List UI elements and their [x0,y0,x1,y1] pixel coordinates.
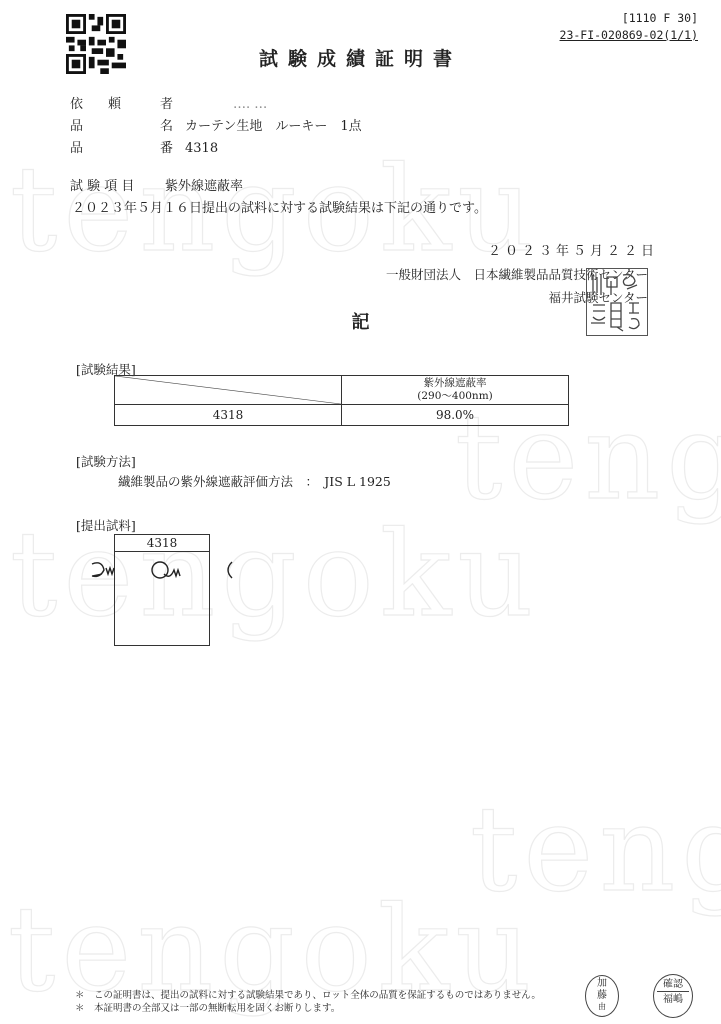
staff-stamp: 加藤由 [585,975,619,1017]
page-title: 試験成績証明書 [0,44,721,71]
requester-value: …. … [233,97,267,112]
form-code: [1110 F 30] [560,10,698,27]
field-requester: 依頼者…. … [70,94,362,116]
column-header-uv: 紫外線遮蔽率 (290～400nm) [342,376,569,405]
test-item-value: 紫外線遮蔽率 [165,179,243,194]
test-item-label: 試 験 項 目 [70,176,165,198]
sample-section-title: [提出試料] [76,516,136,534]
product-number-value: 4318 [185,141,218,156]
product-name-value: カーテン生地 ルーキー 1点 [185,119,362,134]
test-item: 試 験 項 目紫外線遮蔽率 [70,176,243,198]
sample-box: 4318 [114,534,210,646]
info-fields: 依頼者…. … 品名カーテン生地 ルーキー 1点 品番4318 [70,94,362,160]
results-table: 紫外線遮蔽率 (290～400nm) 4318 98.0% [114,375,569,426]
sample-cell: 4318 [115,405,342,426]
method-section-title: [試験方法] [76,452,136,470]
footer-note: ＊ この証明書は、提出の試料に対する試験結果であり、ロット全体の品質を保証するも… [75,989,541,1002]
ki-heading: 記 [0,308,721,334]
method-text: 繊維製品の紫外線遮蔽評価方法 ： JIS L 1925 [118,472,391,490]
value-cell: 98.0% [342,405,569,426]
field-product-name: 品名カーテン生地 ルーキー 1点 [70,116,362,138]
footer-notes: ＊ この証明書は、提出の試料に対する試験結果であり、ロット全体の品質を保証するも… [75,989,541,1015]
table-header-row: 紫外線遮蔽率 (290～400nm) [115,376,569,405]
intro-text: ２０２３年５月１６日提出の試料に対する試験結果は下記の通りです。 [72,198,487,220]
field-product-number: 品番4318 [70,138,362,160]
certificate-number: 23-FI-020869-02(1/1) [560,27,698,44]
reference-block: [1110 F 30] 23-FI-020869-02(1/1) [560,10,698,44]
diagonal-cell [115,376,342,405]
approval-stamp: 確認福嶋 [653,974,693,1018]
sample-label: 4318 [115,535,209,552]
footer-note: ＊ 本証明書の全部又は一部の無断転用を固くお断りします。 [75,1002,541,1015]
table-row: 4318 98.0% [115,405,569,426]
fabric-logo-icon [88,558,238,582]
watermark: tengoku [470,780,721,918]
issue-date: ２０２３年５月２２日 [488,240,658,259]
